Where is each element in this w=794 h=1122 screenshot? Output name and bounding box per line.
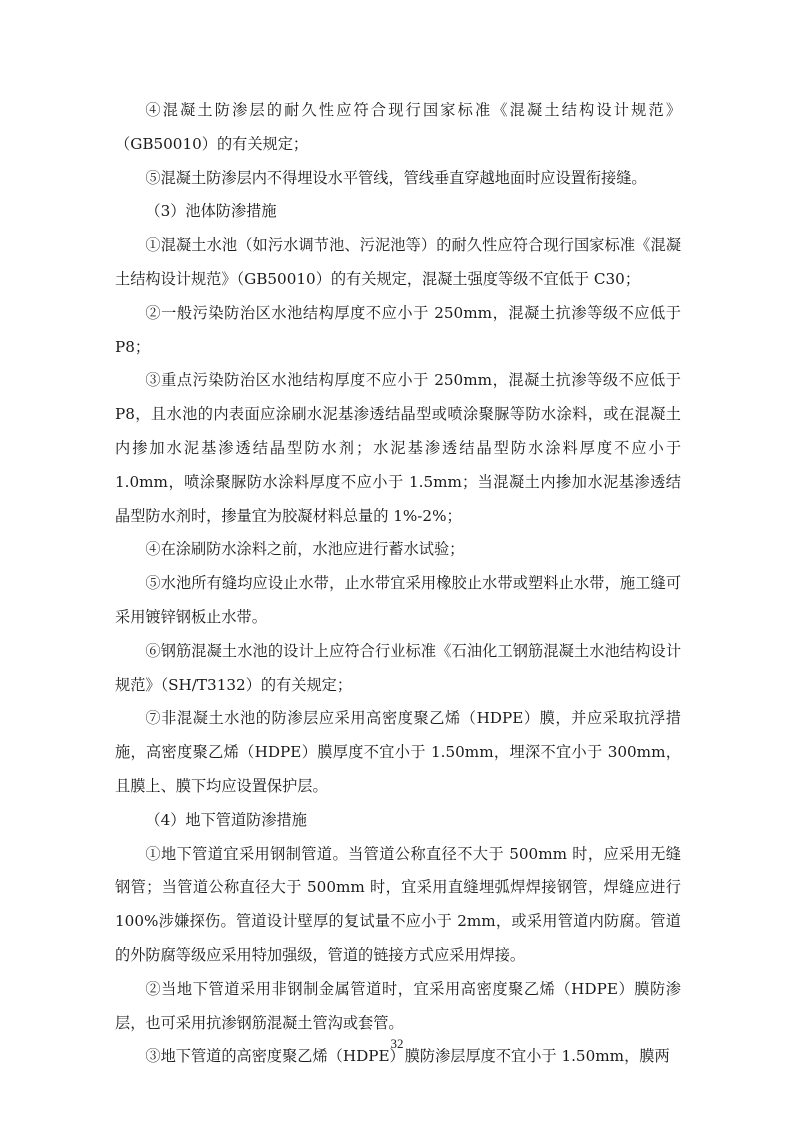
paragraph-pool-item-2: ②一般污染防治区水池结构厚度不应小于 250mm，混凝土抗渗等级不应低于 P8；: [115, 297, 681, 365]
paragraph-pool-item-6: ⑥钢筋混凝土水池的设计上应符合行业标准《石油化工钢筋混凝土水池结构设计规范》（S…: [115, 635, 681, 703]
paragraph-pipe-item-1: ①地下管道宜采用钢制管道。当管道公称直径不大于 500mm 时，应采用无缝钢管；…: [115, 838, 681, 973]
paragraph-item-5-pipelines: ⑤混凝土防渗层内不得埋设水平管线，管线垂直穿越地面时应设置衔接缝。: [115, 162, 681, 196]
page-number: 32: [0, 1036, 794, 1052]
paragraph-pool-item-5: ⑤水池所有缝均应设止水带，止水带宜采用橡胶止水带或塑料止水带，施工缝可采用镀锌钢…: [115, 567, 681, 635]
document-body: ④混凝土防渗层的耐久性应符合现行国家标准《混凝土结构设计规范》（GB50010）…: [115, 94, 681, 1074]
paragraph-pool-item-1: ①混凝土水池（如污水调节池、污泥池等）的耐久性应符合现行国家标准《混凝土结构设计…: [115, 229, 681, 297]
section-heading-underground-pipes: （4）地下管道防渗措施: [115, 804, 681, 838]
section-heading-pool-seepage: （3）池体防渗措施: [115, 195, 681, 229]
paragraph-pool-item-7: ⑦非混凝土水池的防渗层应采用高密度聚乙烯（HDPE）膜，并应采取抗浮措施，高密度…: [115, 702, 681, 803]
paragraph-pool-item-3: ③重点污染防治区水池结构厚度不应小于 250mm，混凝土抗渗等级不应低于 P8，…: [115, 364, 681, 533]
paragraph-pool-item-4: ④在涂刷防水涂料之前，水池应进行蓄水试验；: [115, 533, 681, 567]
paragraph-pipe-item-2: ②当地下管道采用非钢制金属管道时，宜采用高密度聚乙烯（HDPE）膜防渗层，也可采…: [115, 973, 681, 1041]
paragraph-item-4-durability: ④混凝土防渗层的耐久性应符合现行国家标准《混凝土结构设计规范》（GB50010）…: [115, 94, 681, 162]
